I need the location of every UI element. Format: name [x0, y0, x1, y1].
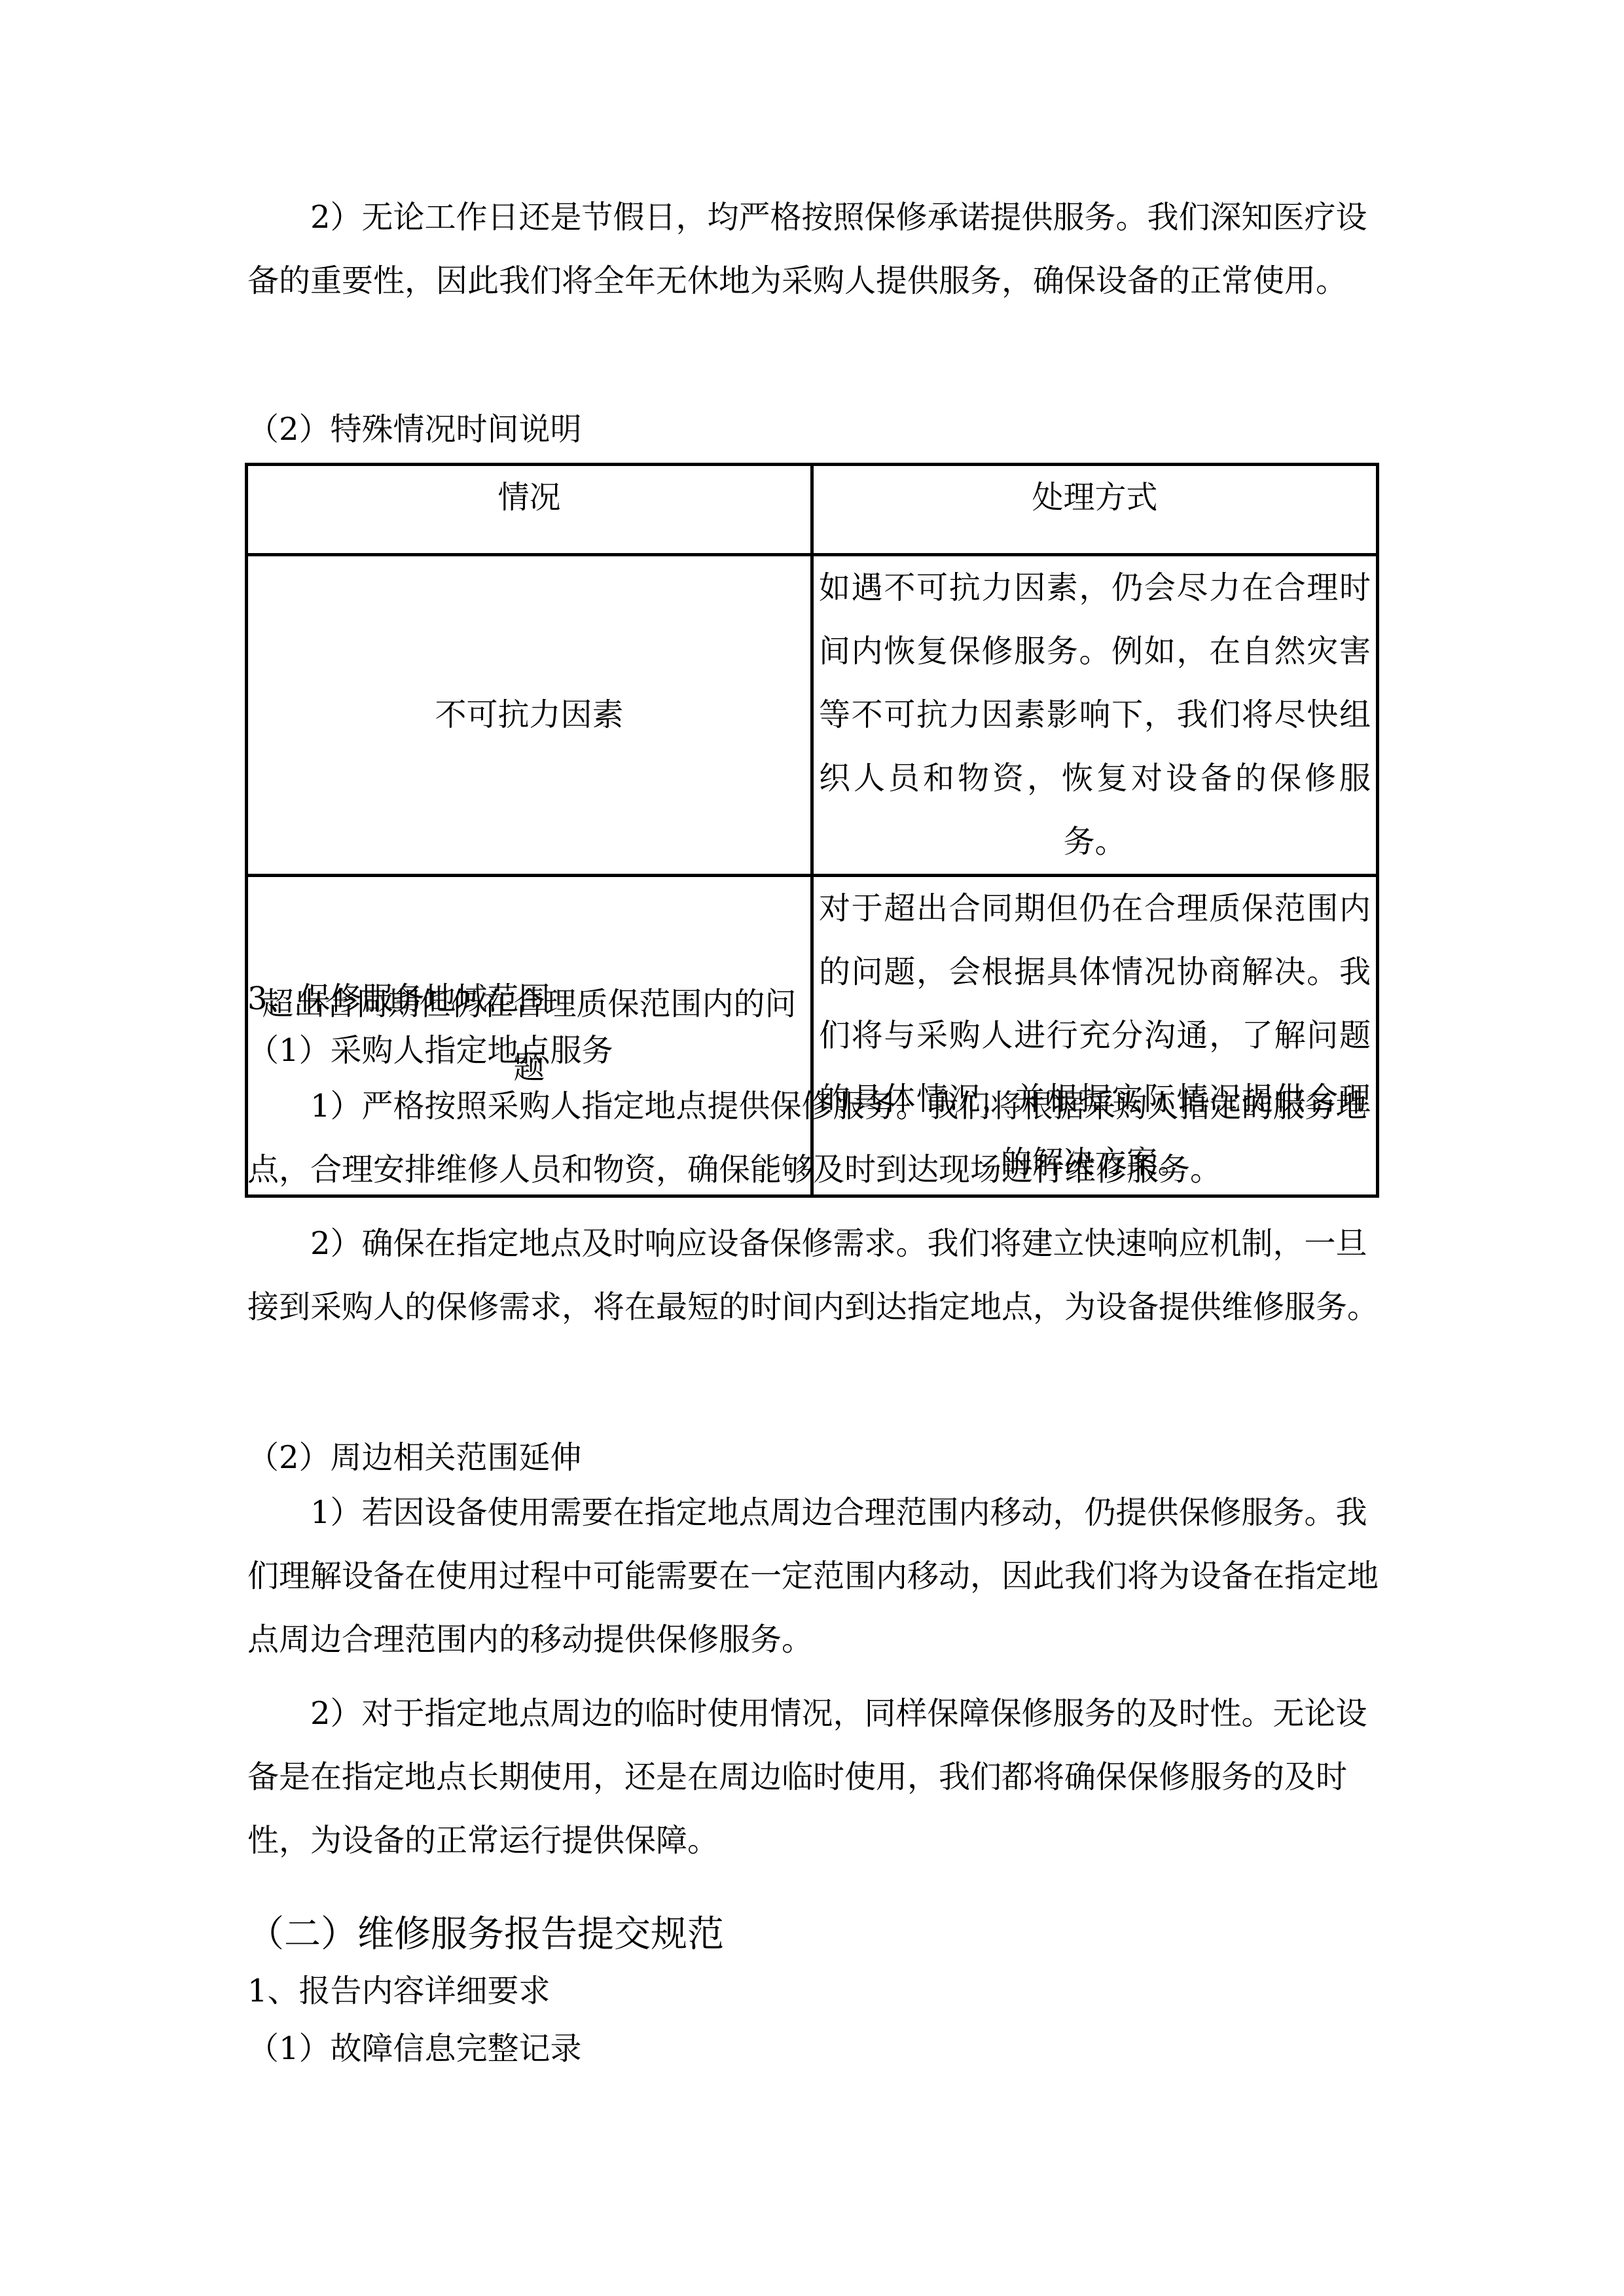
subheading-surrounding-extension: （2）周边相关范围延伸 — [247, 1438, 582, 1477]
table-row: 不可抗力因素 如遇不可抗力因素，仍会尽力在合理时间内恢复保修服务。例如，在自然灾… — [247, 555, 1378, 876]
table-cell-handling: 如遇不可抗力因素，仍会尽力在合理时间内恢复保修服务。例如，在自然灾害等不可抗力因… — [812, 555, 1378, 876]
subheading-special-cases: （2）特殊情况时间说明 — [247, 410, 582, 449]
section-title-report-content: 1、报告内容详细要求 — [247, 1971, 550, 2011]
table-header-row: 情况 处理方式 — [247, 465, 1378, 555]
subheading-designated-location: （1）采购人指定地点服务 — [247, 1031, 613, 1070]
paragraph-designated-location-2: 2）确保在指定地点及时响应设备保修需求。我们将建立快速响应机制，一旦接到采购人的… — [247, 1212, 1381, 1339]
paragraph-surrounding-2: 2）对于指定地点周边的临时使用情况，同样保障保修服务的及时性。无论设备是在指定地… — [247, 1682, 1381, 1873]
paragraph-designated-location-1: 1）严格按照采购人指定地点提供保修服务。我们将根据采购人指定的服务地点，合理安排… — [247, 1075, 1381, 1202]
table-header-situation: 情况 — [247, 465, 812, 555]
chapter-heading-report-submission: （二）维修服务报告提交规范 — [247, 1912, 724, 1958]
paragraph-surrounding-1: 1）若因设备使用需要在指定地点周边合理范围内移动，仍提供保修服务。我们理解设备在… — [247, 1481, 1381, 1672]
table-cell-situation: 不可抗力因素 — [247, 555, 812, 876]
section-title-service-area: 3、保修服务地域范围 — [247, 979, 550, 1018]
subheading-fault-info: （1）故障信息完整记录 — [247, 2029, 582, 2068]
table-header-handling: 处理方式 — [812, 465, 1378, 555]
paragraph-holiday-service: 2）无论工作日还是节假日，均严格按照保修承诺提供服务。我们深知医疗设备的重要性，… — [247, 186, 1381, 313]
